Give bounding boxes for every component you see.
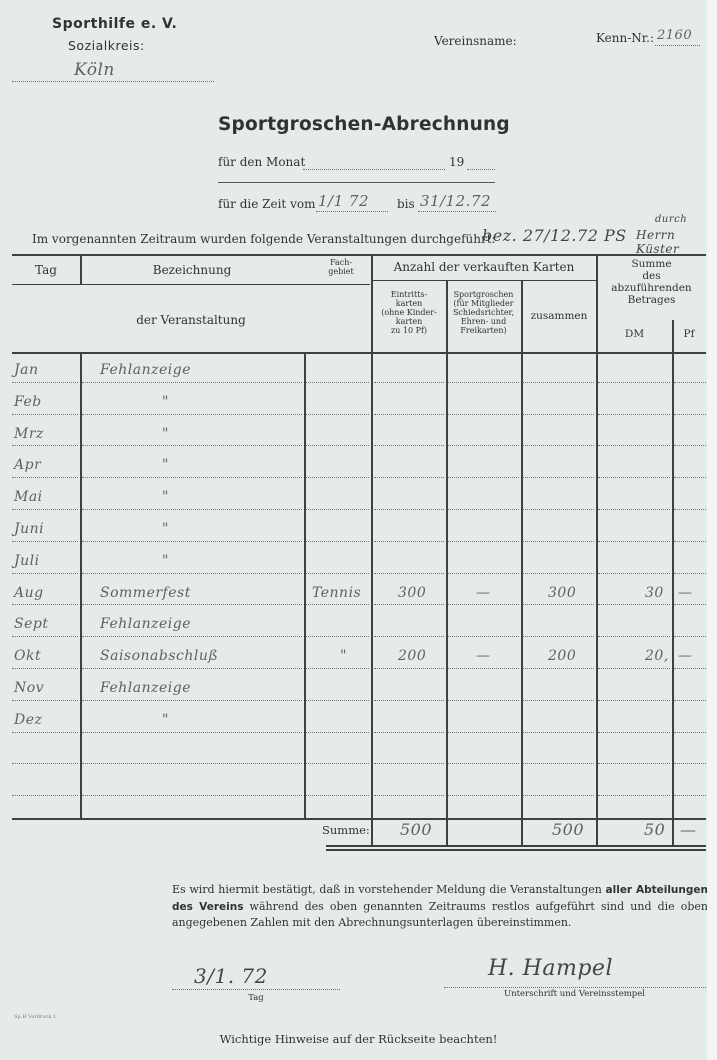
row-dotted-line [374, 732, 444, 733]
cell-tag[interactable]: Apr [14, 457, 41, 473]
cell-bezeichnung[interactable]: Saisonabschluß [100, 648, 218, 664]
row-dotted-line [674, 477, 706, 478]
cell-bezeichnung[interactable]: Fehlanzeige [100, 680, 191, 696]
row-dotted-line [598, 573, 670, 574]
row-dotted-line [374, 700, 444, 701]
row-dotted-line [306, 668, 369, 669]
cell-tag[interactable]: Nov [14, 680, 44, 696]
cell-tag[interactable]: Juli [14, 553, 40, 569]
row-dotted-line [674, 636, 706, 637]
row-dotted-line [448, 382, 519, 383]
row-dotted-line [674, 795, 706, 796]
handwritten-note: bez. 27/12.72 PS [482, 226, 627, 245]
row-dotted-line [374, 414, 444, 415]
row-dotted-line [306, 445, 369, 446]
cell-pf[interactable]: — [678, 648, 693, 664]
header-divider-left [12, 284, 370, 285]
row-dotted-line [448, 541, 519, 542]
row-dotted-line [12, 795, 78, 796]
row-dotted-line [674, 509, 706, 510]
date-value: 3/1. 72 [194, 964, 268, 988]
footer-notice: Wichtige Hinweise auf der Rückseite beac… [0, 1032, 717, 1046]
row-dotted-line [12, 668, 78, 669]
row-dotted-line [598, 445, 670, 446]
cell-bezeichnung[interactable]: " [162, 394, 169, 410]
col-divider-fachgebiet [371, 256, 373, 846]
cell-tag[interactable]: Mrz [14, 426, 44, 442]
row-dotted-line [82, 668, 302, 669]
row-dotted-line [448, 636, 519, 637]
signature-label: Unterschrift und Vereinsstempel [504, 989, 645, 999]
summe-bottom-line-1 [326, 845, 706, 847]
row-dotted-line [12, 604, 78, 605]
row-dotted-line [674, 668, 706, 669]
handwritten-note-above: durch [655, 214, 687, 225]
row-dotted-line [306, 636, 369, 637]
cell-bezeichnung[interactable]: " [162, 553, 169, 569]
sozialkreis-value: Köln [74, 60, 115, 80]
row-dotted-line [523, 604, 594, 605]
row-dotted-line [674, 382, 706, 383]
row-dotted-line [374, 573, 444, 574]
row-dotted-line [448, 509, 519, 510]
cell-zusammen[interactable]: 200 [548, 648, 576, 664]
row-dotted-line [12, 700, 78, 701]
row-dotted-line [82, 541, 302, 542]
row-dotted-line [448, 700, 519, 701]
header-pf: Pf [672, 328, 706, 340]
row-dotted-line [82, 477, 302, 478]
row-dotted-line [448, 604, 519, 605]
date-field[interactable]: 3/1. 72 [172, 968, 340, 990]
from-date-value: 1/1 72 [318, 192, 369, 210]
row-dotted-line [674, 414, 706, 415]
row-dotted-line [306, 382, 369, 383]
row-dotted-line [598, 541, 670, 542]
row-dotted-line [598, 477, 670, 478]
cell-tag[interactable]: Sept [14, 616, 48, 632]
row-dotted-line [12, 477, 78, 478]
date-label: Tag [172, 993, 340, 1003]
kenn-nr-field[interactable]: 2160 [655, 30, 700, 46]
summe-dm: 50 [644, 820, 665, 839]
zeit-label: für die Zeit vom [218, 197, 315, 211]
row-dotted-line [374, 636, 444, 637]
col-divider-dm [672, 320, 674, 846]
cell-sportgroschen[interactable]: — [476, 648, 491, 664]
row-dotted-line [374, 382, 444, 383]
header-tag: Tag [12, 264, 80, 276]
vereinsname-label: Vereinsname: [434, 34, 517, 48]
cell-dm[interactable]: 30 [645, 585, 664, 601]
row-dotted-line [598, 509, 670, 510]
handwritten-note-below: Herrn Küster [636, 228, 717, 256]
row-dotted-line [12, 541, 78, 542]
header-summe: Summe des abzuführenden Betrages [597, 258, 706, 306]
intro-text: Im vorgenannten Zeitraum wurden folgende… [32, 232, 496, 246]
row-dotted-line [674, 604, 706, 605]
header-anzahl: Anzahl der verkauften Karten [372, 261, 596, 273]
row-dotted-line [12, 573, 78, 574]
header-bottom-border [12, 352, 706, 354]
cell-fachgebiet[interactable]: " [340, 648, 347, 664]
organization-name: Sporthilfe e. V. [52, 16, 177, 32]
col-divider-tag [80, 354, 82, 818]
row-dotted-line [306, 509, 369, 510]
header-der-veranstaltung: der Veranstaltung [12, 314, 370, 326]
cell-tag[interactable]: Aug [14, 585, 44, 601]
row-dotted-line [374, 795, 444, 796]
sozialkreis-field[interactable]: Köln [12, 62, 214, 82]
row-dotted-line [448, 668, 519, 669]
row-dotted-line [448, 573, 519, 574]
summe-label: Summe: [322, 823, 370, 837]
row-dotted-line [674, 445, 706, 446]
row-dotted-line [523, 732, 594, 733]
row-dotted-line [374, 668, 444, 669]
cell-tag[interactable]: Dez [14, 712, 42, 728]
body-bottom-border [12, 818, 706, 820]
row-dotted-line [12, 509, 78, 510]
page-edge [707, 0, 717, 1060]
row-dotted-line [82, 382, 302, 383]
row-dotted-line [523, 382, 594, 383]
row-dotted-line [374, 509, 444, 510]
row-dotted-line [523, 668, 594, 669]
row-dotted-line [374, 477, 444, 478]
summe-zusammen: 500 [552, 820, 584, 839]
header-divider-anzahl [372, 280, 596, 281]
row-dotted-line [448, 795, 519, 796]
row-dotted-line [374, 541, 444, 542]
row-dotted-line [598, 604, 670, 605]
row-dotted-line [598, 668, 670, 669]
row-dotted-line [598, 636, 670, 637]
cell-bezeichnung[interactable]: " [162, 457, 169, 473]
header-dm: DM [597, 328, 672, 340]
row-dotted-line [674, 541, 706, 542]
col-divider-sportgroschen [521, 281, 523, 846]
row-dotted-line [523, 414, 594, 415]
row-dotted-line [374, 445, 444, 446]
cell-tag[interactable]: Okt [14, 648, 41, 664]
from-date-field[interactable]: 1/1 72 [316, 195, 388, 212]
col-divider-eintritts [446, 281, 448, 846]
header-bezeichnung: Bezeichnung [80, 264, 304, 276]
row-dotted-line [82, 700, 302, 701]
cell-tag[interactable]: Mai [14, 489, 43, 505]
row-dotted-line [598, 382, 670, 383]
header-eintritts: Eintritts- karten (ohne Kinder- karten z… [372, 290, 446, 335]
signature-field[interactable]: H. Hampel [444, 962, 710, 988]
row-dotted-line [448, 414, 519, 415]
cell-pf[interactable]: — [678, 585, 693, 601]
row-dotted-line [306, 604, 369, 605]
table-top-border [12, 254, 706, 256]
row-dotted-line [448, 445, 519, 446]
cell-bezeichnung[interactable]: Fehlanzeige [100, 362, 191, 378]
summe-bottom-line-2 [326, 849, 706, 851]
confirmation-text: Es wird hiermit bestätigt, daß in vorste… [172, 882, 708, 932]
cell-tag[interactable]: Feb [14, 394, 42, 410]
period-divider [218, 182, 495, 183]
confirmation-part2: während des oben genannten Zeitraums res… [172, 900, 708, 930]
to-date-value: 31/12.72 [420, 192, 491, 210]
monat-label: für den Monat [218, 155, 305, 169]
row-dotted-line [598, 763, 670, 764]
row-dotted-line [523, 541, 594, 542]
row-dotted-line [523, 509, 594, 510]
row-dotted-line [82, 795, 302, 796]
row-dotted-line [306, 573, 369, 574]
row-dotted-line [523, 763, 594, 764]
row-dotted-line [12, 414, 78, 415]
row-dotted-line [82, 414, 302, 415]
year-field[interactable] [467, 155, 495, 170]
row-dotted-line [448, 732, 519, 733]
row-dotted-line [374, 604, 444, 605]
row-dotted-line [523, 573, 594, 574]
summe-pf: — [680, 820, 697, 839]
col-divider-bezeichnung [304, 354, 306, 818]
summe-eintritts: 500 [400, 820, 432, 839]
signature-value: H. Hampel [488, 956, 613, 981]
to-date-field[interactable]: 31/12.72 [418, 195, 496, 212]
form-code: Sp.H Vordruck 1 [14, 1014, 56, 1020]
row-dotted-line [674, 763, 706, 764]
col-divider-zusammen [596, 256, 598, 846]
kenn-nr-label: Kenn-Nr.: [596, 31, 654, 45]
row-dotted-line [12, 382, 78, 383]
row-dotted-line [82, 604, 302, 605]
cell-bezeichnung[interactable]: " [162, 489, 169, 505]
cell-zusammen[interactable]: 300 [548, 585, 576, 601]
row-dotted-line [523, 445, 594, 446]
header-fachgebiet: Fach- gebiet [316, 258, 366, 276]
form-title: Sportgroschen-Abrechnung [218, 114, 510, 135]
row-dotted-line [82, 445, 302, 446]
row-dotted-line [12, 732, 78, 733]
row-dotted-line [12, 445, 78, 446]
row-dotted-line [523, 636, 594, 637]
row-dotted-line [598, 700, 670, 701]
cell-tag[interactable]: Juni [14, 521, 44, 537]
row-dotted-line [598, 414, 670, 415]
confirmation-part1: Es wird hiermit bestätigt, daß in vorste… [172, 883, 606, 896]
row-dotted-line [306, 477, 369, 478]
cell-bezeichnung[interactable]: " [162, 712, 169, 728]
row-dotted-line [306, 700, 369, 701]
row-dotted-line [82, 763, 302, 764]
header-zusammen: zusammen [522, 310, 596, 322]
sozialkreis-label: Sozialkreis: [68, 38, 145, 53]
row-dotted-line [448, 477, 519, 478]
cell-dm[interactable]: 20, [645, 648, 669, 664]
row-dotted-line [306, 541, 369, 542]
cell-bezeichnung[interactable]: " [162, 521, 169, 537]
header-sportgroschen: Sportgroschen (für Mitglieder Schiedsric… [446, 290, 521, 335]
row-dotted-line [523, 700, 594, 701]
row-dotted-line [82, 573, 302, 574]
row-dotted-line [306, 414, 369, 415]
cell-tag[interactable]: Jan [14, 362, 38, 378]
row-dotted-line [674, 700, 706, 701]
row-dotted-line [82, 636, 302, 637]
cell-bezeichnung[interactable]: " [162, 426, 169, 442]
cell-eintritts[interactable]: 200 [398, 648, 426, 664]
row-dotted-line [523, 477, 594, 478]
cell-bezeichnung[interactable]: Fehlanzeige [100, 616, 191, 632]
cell-bezeichnung[interactable]: Sommerfest [100, 585, 191, 601]
row-dotted-line [674, 732, 706, 733]
row-dotted-line [674, 573, 706, 574]
row-dotted-line [523, 795, 594, 796]
bis-label: bis [397, 197, 415, 211]
row-dotted-line [12, 636, 78, 637]
row-dotted-line [306, 795, 369, 796]
row-dotted-line [306, 763, 369, 764]
year-prefix-label: 19 [449, 155, 464, 169]
kenn-nr-value: 2160 [657, 28, 692, 43]
row-dotted-line [448, 763, 519, 764]
row-dotted-line [82, 509, 302, 510]
row-dotted-line [82, 732, 302, 733]
monat-field[interactable] [303, 155, 445, 170]
row-dotted-line [598, 795, 670, 796]
row-dotted-line [306, 732, 369, 733]
cell-sportgroschen[interactable]: — [476, 585, 491, 601]
cell-fachgebiet[interactable]: Tennis [312, 585, 361, 601]
row-dotted-line [374, 763, 444, 764]
row-dotted-line [598, 732, 670, 733]
cell-eintritts[interactable]: 300 [398, 585, 426, 601]
row-dotted-line [12, 763, 78, 764]
